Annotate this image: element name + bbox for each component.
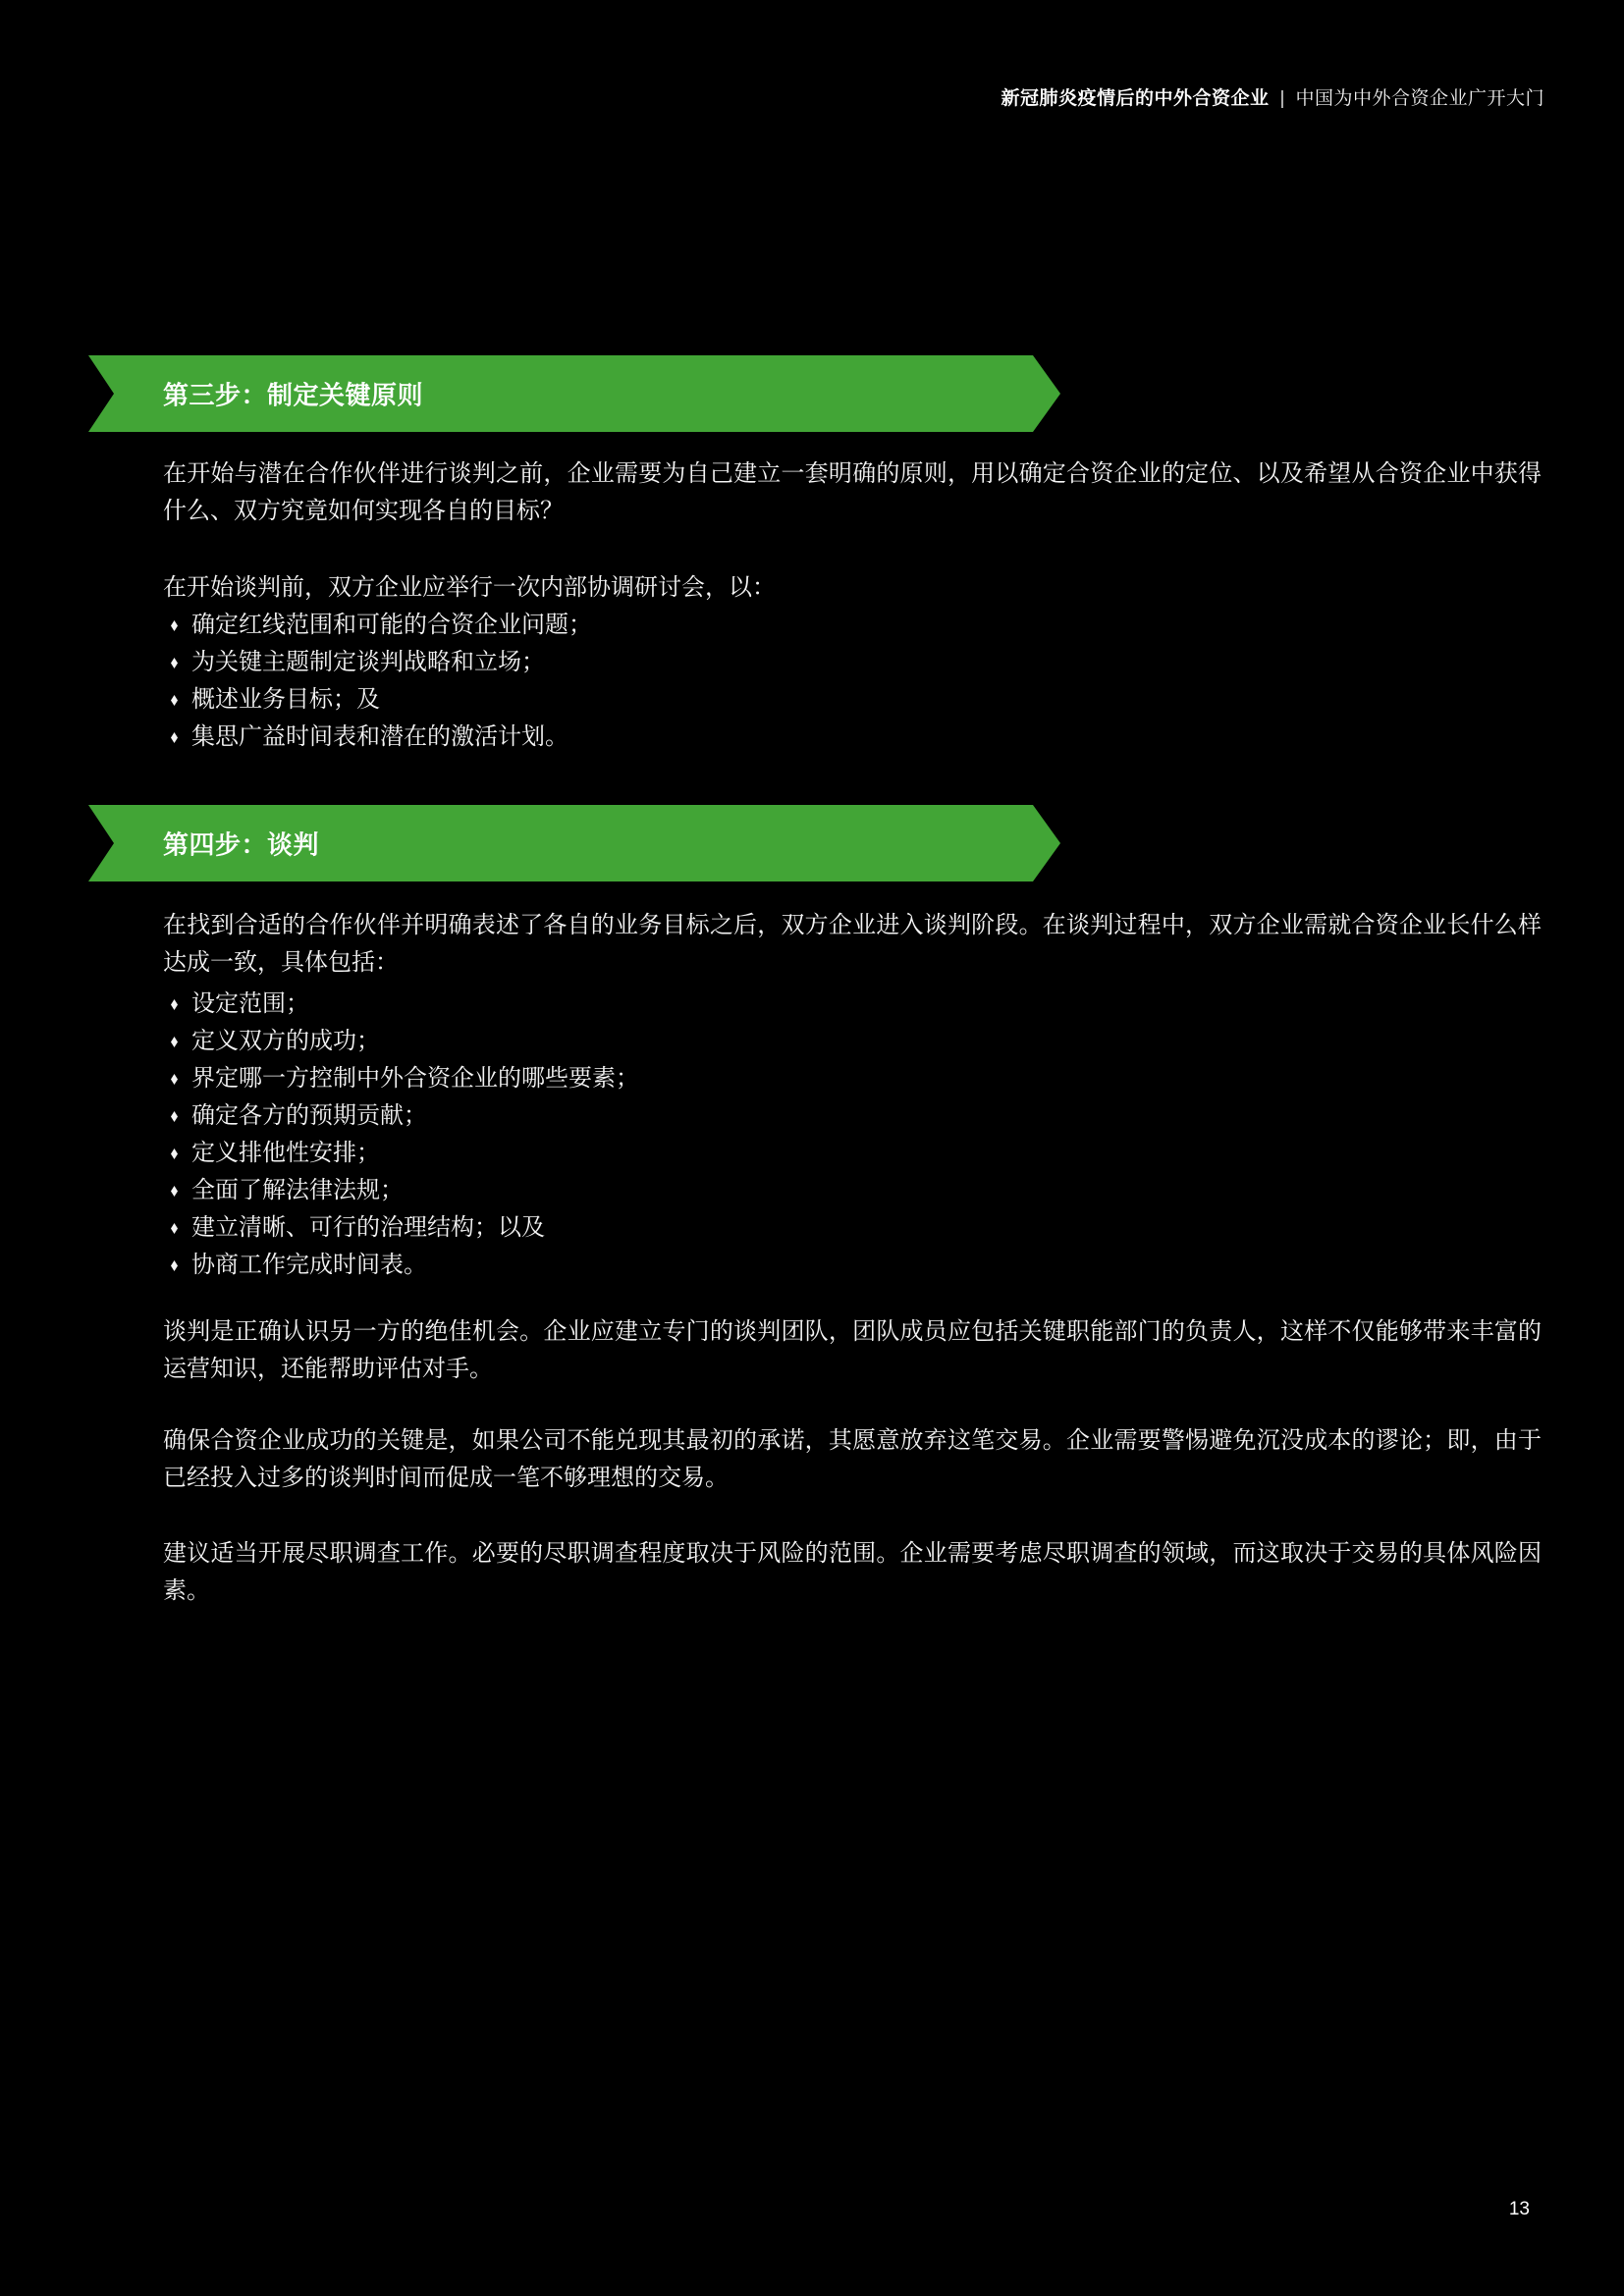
list-item: 集思广益时间表和潜在的激活计划。: [163, 719, 1542, 756]
step3-intro-paragraph: 在开始与潜在合作伙伴进行谈判之前，企业需要为自己建立一套明确的原则，用以确定合资…: [163, 455, 1542, 530]
step4-paragraph-due-diligence: 建议适当开展尽职调查工作。必要的尽职调查程度取决于风险的范围。企业需要考虑尽职调…: [163, 1535, 1542, 1610]
running-header: 新冠肺炎疫情后的中外合资企业|中国为中外合资企业广开大门: [1001, 86, 1544, 111]
bullet-icon: [171, 1148, 178, 1159]
step4-bullet-list: 设定范围； 定义双方的成功； 界定哪一方控制中外合资企业的哪些要素； 确定各方的…: [163, 986, 1542, 1284]
step4-banner-label: 第四步：谈判: [163, 826, 319, 862]
bullet-icon: [171, 732, 178, 743]
bullet-icon: [171, 1074, 178, 1085]
list-item: 定义双方的成功；: [163, 1023, 1542, 1060]
header-document-title: 新冠肺炎疫情后的中外合资企业: [1001, 88, 1270, 109]
list-item: 协商工作完成时间表。: [163, 1247, 1542, 1284]
bullet-icon: [171, 620, 178, 631]
step3-bullet-list: 确定红线范围和可能的合资企业问题； 为关键主题制定谈判战略和立场； 概述业务目标…: [163, 607, 1542, 756]
list-item: 概述业务目标；及: [163, 681, 1542, 719]
bullet-text: 确定各方的预期贡献；: [191, 1102, 427, 1129]
bullet-icon: [171, 1037, 178, 1047]
header-separator: |: [1280, 88, 1285, 109]
report-page: 新冠肺炎疫情后的中外合资企业|中国为中外合资企业广开大门 第三步：制定关键原则 …: [0, 0, 1624, 2296]
step3-banner-label: 第三步：制定关键原则: [163, 376, 423, 412]
bullet-icon: [171, 1186, 178, 1197]
header-chapter-title: 中国为中外合资企业广开大门: [1295, 88, 1544, 109]
bullet-text: 设定范围；: [191, 990, 309, 1017]
page-number: 13: [1509, 2199, 1530, 2220]
bullet-text: 建立清晰、可行的治理结构；以及: [191, 1214, 545, 1241]
bullet-text: 定义排他性安排；: [191, 1140, 380, 1166]
bullet-text: 概述业务目标；及: [191, 686, 380, 713]
bullet-icon: [171, 658, 178, 668]
list-item: 界定哪一方控制中外合资企业的哪些要素；: [163, 1060, 1542, 1097]
bullet-text: 集思广益时间表和潜在的激活计划。: [191, 723, 568, 750]
step4-paragraph-sunk-cost: 确保合资企业成功的关键是，如果公司不能兑现其最初的承诺，其愿意放弃这笔交易。企业…: [163, 1422, 1542, 1497]
bullet-text: 全面了解法律法规；: [191, 1177, 404, 1203]
bullet-icon: [171, 1223, 178, 1234]
bullet-icon: [171, 999, 178, 1010]
list-item: 建立清晰、可行的治理结构；以及: [163, 1209, 1542, 1247]
bullet-icon: [171, 1260, 178, 1271]
step4-intro-paragraph: 在找到合适的合作伙伴并明确表述了各自的业务目标之后，双方企业进入谈判阶段。在谈判…: [163, 907, 1542, 982]
bullet-icon: [171, 695, 178, 706]
step4-paragraph-negotiation-team: 谈判是正确认识另一方的绝佳机会。企业应建立专门的谈判团队，团队成员应包括关键职能…: [163, 1313, 1542, 1388]
list-item: 为关键主题制定谈判战略和立场；: [163, 644, 1542, 681]
step3-banner: 第三步：制定关键原则: [88, 355, 1060, 432]
list-item: 确定各方的预期贡献；: [163, 1097, 1542, 1135]
list-item: 确定红线范围和可能的合资企业问题；: [163, 607, 1542, 644]
bullet-text: 为关键主题制定谈判战略和立场；: [191, 649, 545, 675]
list-item: 定义排他性安排；: [163, 1135, 1542, 1172]
bullet-text: 确定红线范围和可能的合资企业问题；: [191, 612, 592, 638]
step4-banner: 第四步：谈判: [88, 805, 1060, 881]
bullet-text: 定义双方的成功；: [191, 1028, 380, 1054]
list-item: 全面了解法律法规；: [163, 1172, 1542, 1209]
list-item: 设定范围；: [163, 986, 1542, 1023]
step3-leadin-paragraph: 在开始谈判前，双方企业应举行一次内部协调研讨会，以：: [163, 569, 1542, 607]
bullet-text: 界定哪一方控制中外合资企业的哪些要素；: [191, 1065, 639, 1092]
bullet-icon: [171, 1111, 178, 1122]
bullet-text: 协商工作完成时间表。: [191, 1252, 427, 1278]
